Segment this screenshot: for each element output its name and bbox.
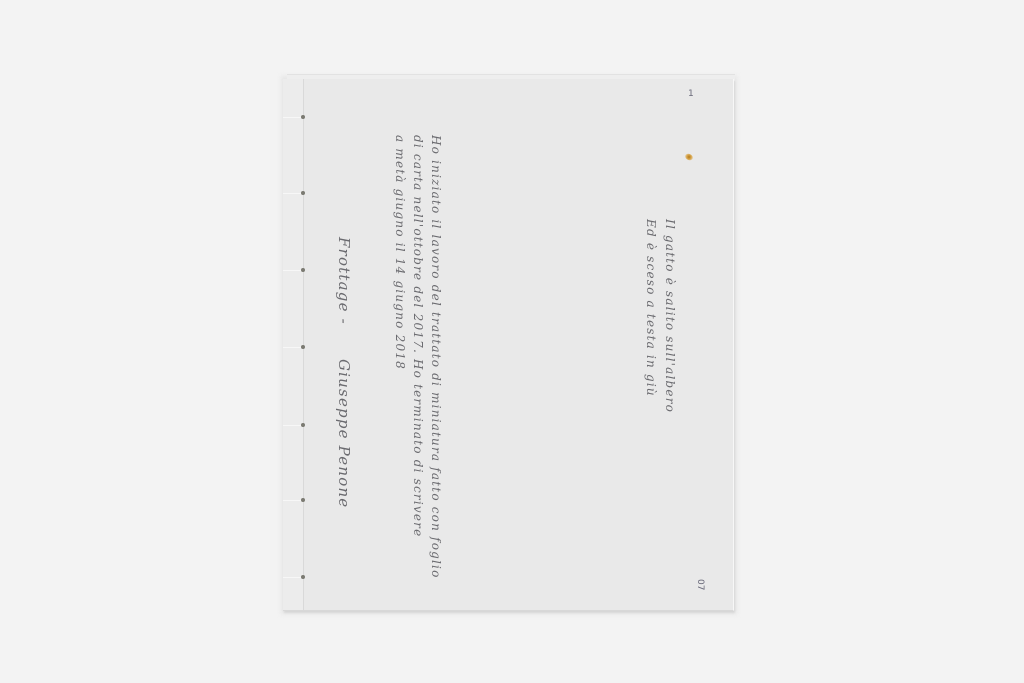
handwritten-line: Ed è sceso a testa in giù (644, 219, 658, 397)
handwritten-line: a metà giugno il 14 giugno 2018 (393, 135, 407, 370)
binding-stitch (283, 117, 303, 118)
signature-name: Giuseppe Penone (335, 359, 353, 508)
binding-stitch (283, 347, 303, 348)
binding-stitch (283, 500, 303, 501)
binding-stitch (283, 193, 303, 194)
binding-hole (301, 268, 305, 272)
notebook-page: 1 07 Il gatto è salito sull'albero Ed è … (283, 79, 734, 611)
binding-stitch (283, 425, 303, 426)
binding-strip (283, 79, 304, 610)
ink-stain (684, 153, 694, 162)
binding-stitch (283, 577, 303, 578)
binding-hole (301, 575, 305, 579)
page-number-bottom: 07 (695, 579, 705, 590)
binding-hole (301, 191, 305, 195)
handwritten-line: Il gatto è salito sull'albero (663, 219, 677, 413)
binding-hole (301, 115, 305, 119)
binding-stitch (283, 270, 303, 271)
signature-label: Frottage - (335, 237, 353, 325)
page-number-top: 1 (688, 89, 694, 99)
handwritten-line: di carta nell'ottobre del 2017. Ho termi… (411, 135, 425, 537)
binding-hole (301, 423, 305, 427)
handwritten-line: Ho iniziato il lavoro del trattato di mi… (429, 135, 443, 579)
binding-hole (301, 498, 305, 502)
binding-hole (301, 345, 305, 349)
